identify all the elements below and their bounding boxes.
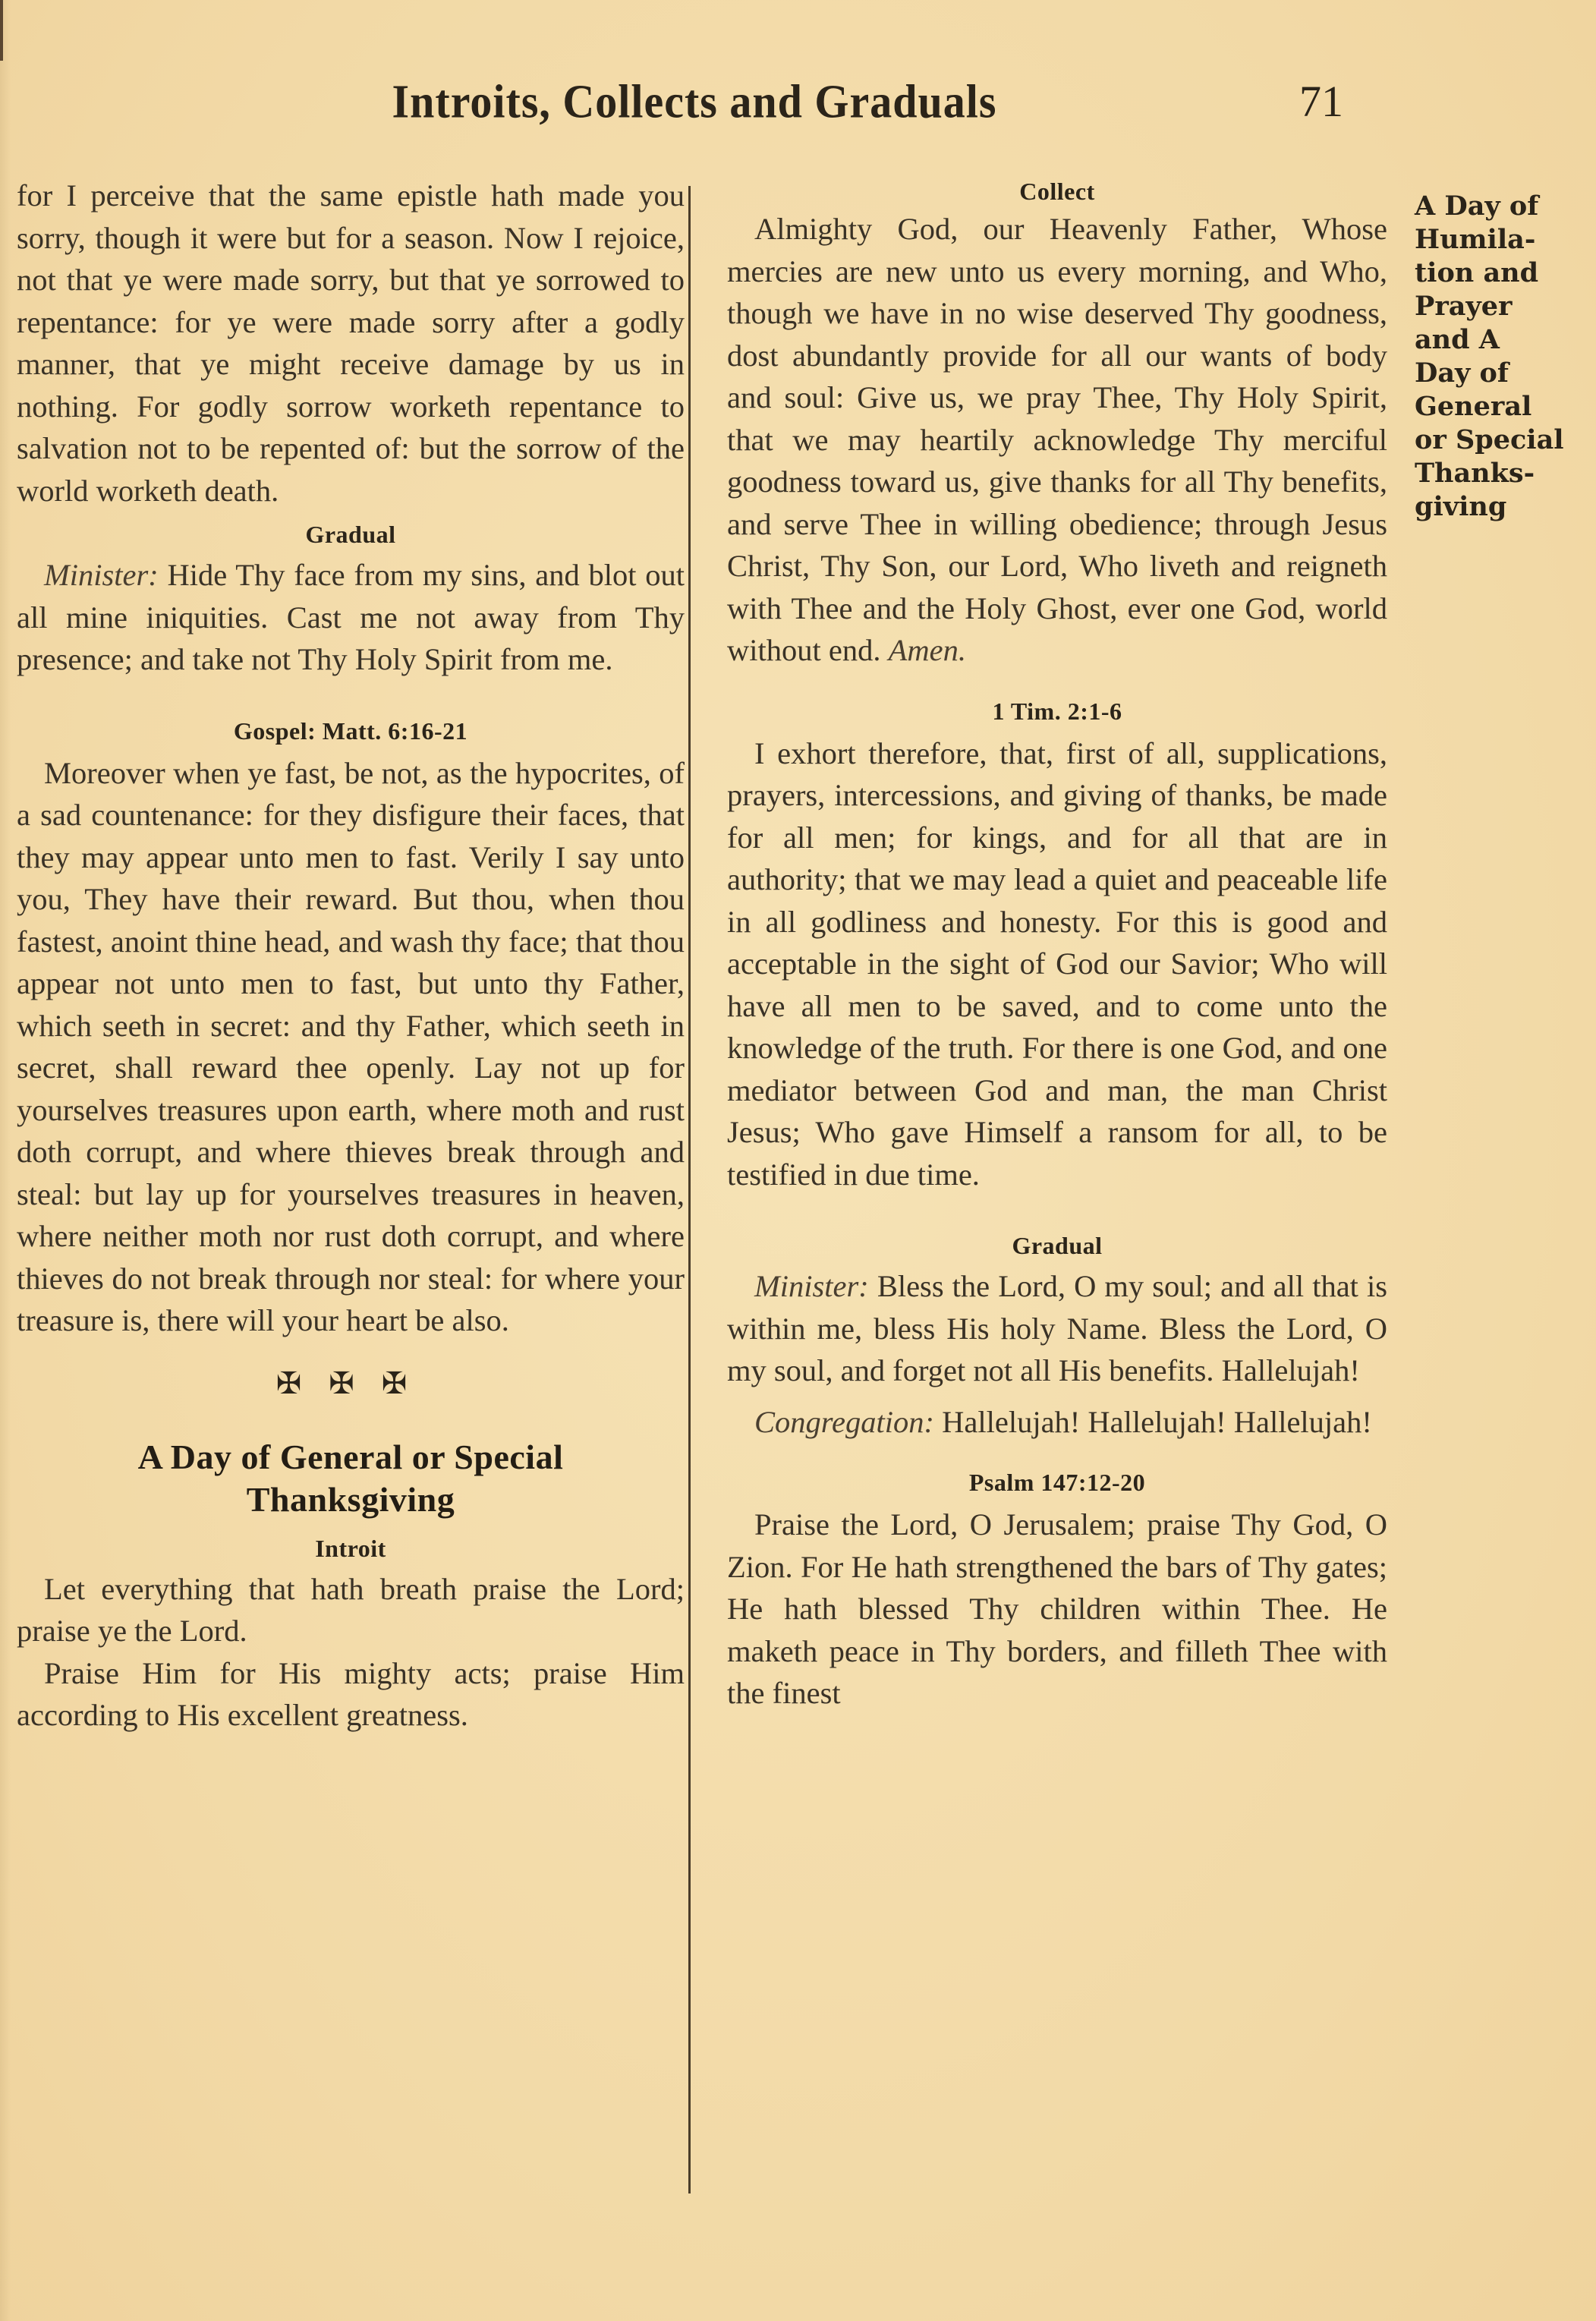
congregation-text: Hallelujah! Hallelujah! Hallelujah! (942, 1405, 1372, 1439)
gospel-text: Moreover when ye fast, be not, as the hy… (17, 752, 685, 1342)
epistle-continuation: for I perceive that the same epistle hat… (17, 175, 685, 512)
left-column: for I perceive that the same epistle hat… (17, 175, 685, 1737)
introit-heading: Introit (17, 1532, 685, 1565)
section-title-line-1: A Day of General or Special (17, 1436, 685, 1479)
section-title-line-2: Thanksgiving (17, 1479, 685, 1521)
margin-note-line: Humila- (1415, 223, 1589, 257)
running-header: Introits, Collects and Graduals 71 (342, 76, 1404, 137)
cross-icon: ✠ (382, 1365, 426, 1403)
margin-note-line: and A (1415, 323, 1589, 357)
gradual-heading: Gradual (17, 518, 685, 551)
section-title: A Day of General or Special Thanksgiving (17, 1436, 685, 1521)
introit-paragraph: Let everything that hath breath praise t… (17, 1568, 685, 1652)
psalm-text: Praise the Lord, O Jerusalem; praise Thy… (727, 1504, 1387, 1715)
page-edge (0, 0, 3, 61)
gradual-minister: Minister: Bless the Lord, O my soul; and… (727, 1265, 1387, 1392)
margin-note-line: A Day of (1415, 190, 1589, 223)
epistle-text: I exhort therefore, that, first of all, … (727, 732, 1387, 1196)
margin-note-line: or Special (1415, 424, 1589, 457)
cross-icon: ✠ (276, 1365, 320, 1403)
page-number: 71 (1299, 76, 1343, 127)
collect-heading: Collect (727, 175, 1387, 208)
running-title: Introits, Collects and Graduals (342, 74, 1047, 128)
margin-note-line: Day of (1415, 357, 1589, 390)
margin-note-line: Prayer (1415, 290, 1589, 323)
right-column: Collect Almighty God, our Heavenly Fathe… (727, 175, 1387, 1715)
gradual-heading: Gradual (727, 1229, 1387, 1262)
gospel-heading: Gospel: Matt. 6:16-21 (17, 714, 685, 748)
introit-paragraph: Praise Him for His mighty acts; praise H… (17, 1652, 685, 1737)
column-divider (688, 186, 691, 2193)
gradual-text: Minister: Hide Thy face from my sins, an… (17, 554, 685, 681)
cross-icon: ✠ (329, 1365, 373, 1403)
epistle-heading: 1 Tim. 2:1-6 (727, 694, 1387, 728)
speaker-label: Minister: (44, 558, 159, 592)
margin-note-line: giving (1415, 490, 1589, 524)
collect-body: Almighty God, our Heavenly Father, Whose… (727, 212, 1387, 667)
margin-note-line: tion and (1415, 257, 1589, 290)
psalm-heading: Psalm 147:12-20 (727, 1466, 1387, 1499)
gradual-congregation: Congregation: Hallelujah! Hallelujah! Ha… (727, 1401, 1387, 1444)
margin-note-line: Thanks- (1415, 457, 1589, 490)
amen: Amen. (889, 633, 966, 667)
congregation-label: Congregation: (754, 1405, 934, 1439)
minister-label: Minister: (754, 1269, 869, 1303)
collect-text: Almighty God, our Heavenly Father, Whose… (727, 208, 1387, 672)
margin-note: A Day of Humila- tion and Prayer and A D… (1415, 190, 1589, 524)
margin-note-line: General (1415, 390, 1589, 424)
cross-ornament: ✠✠✠ (17, 1365, 685, 1403)
